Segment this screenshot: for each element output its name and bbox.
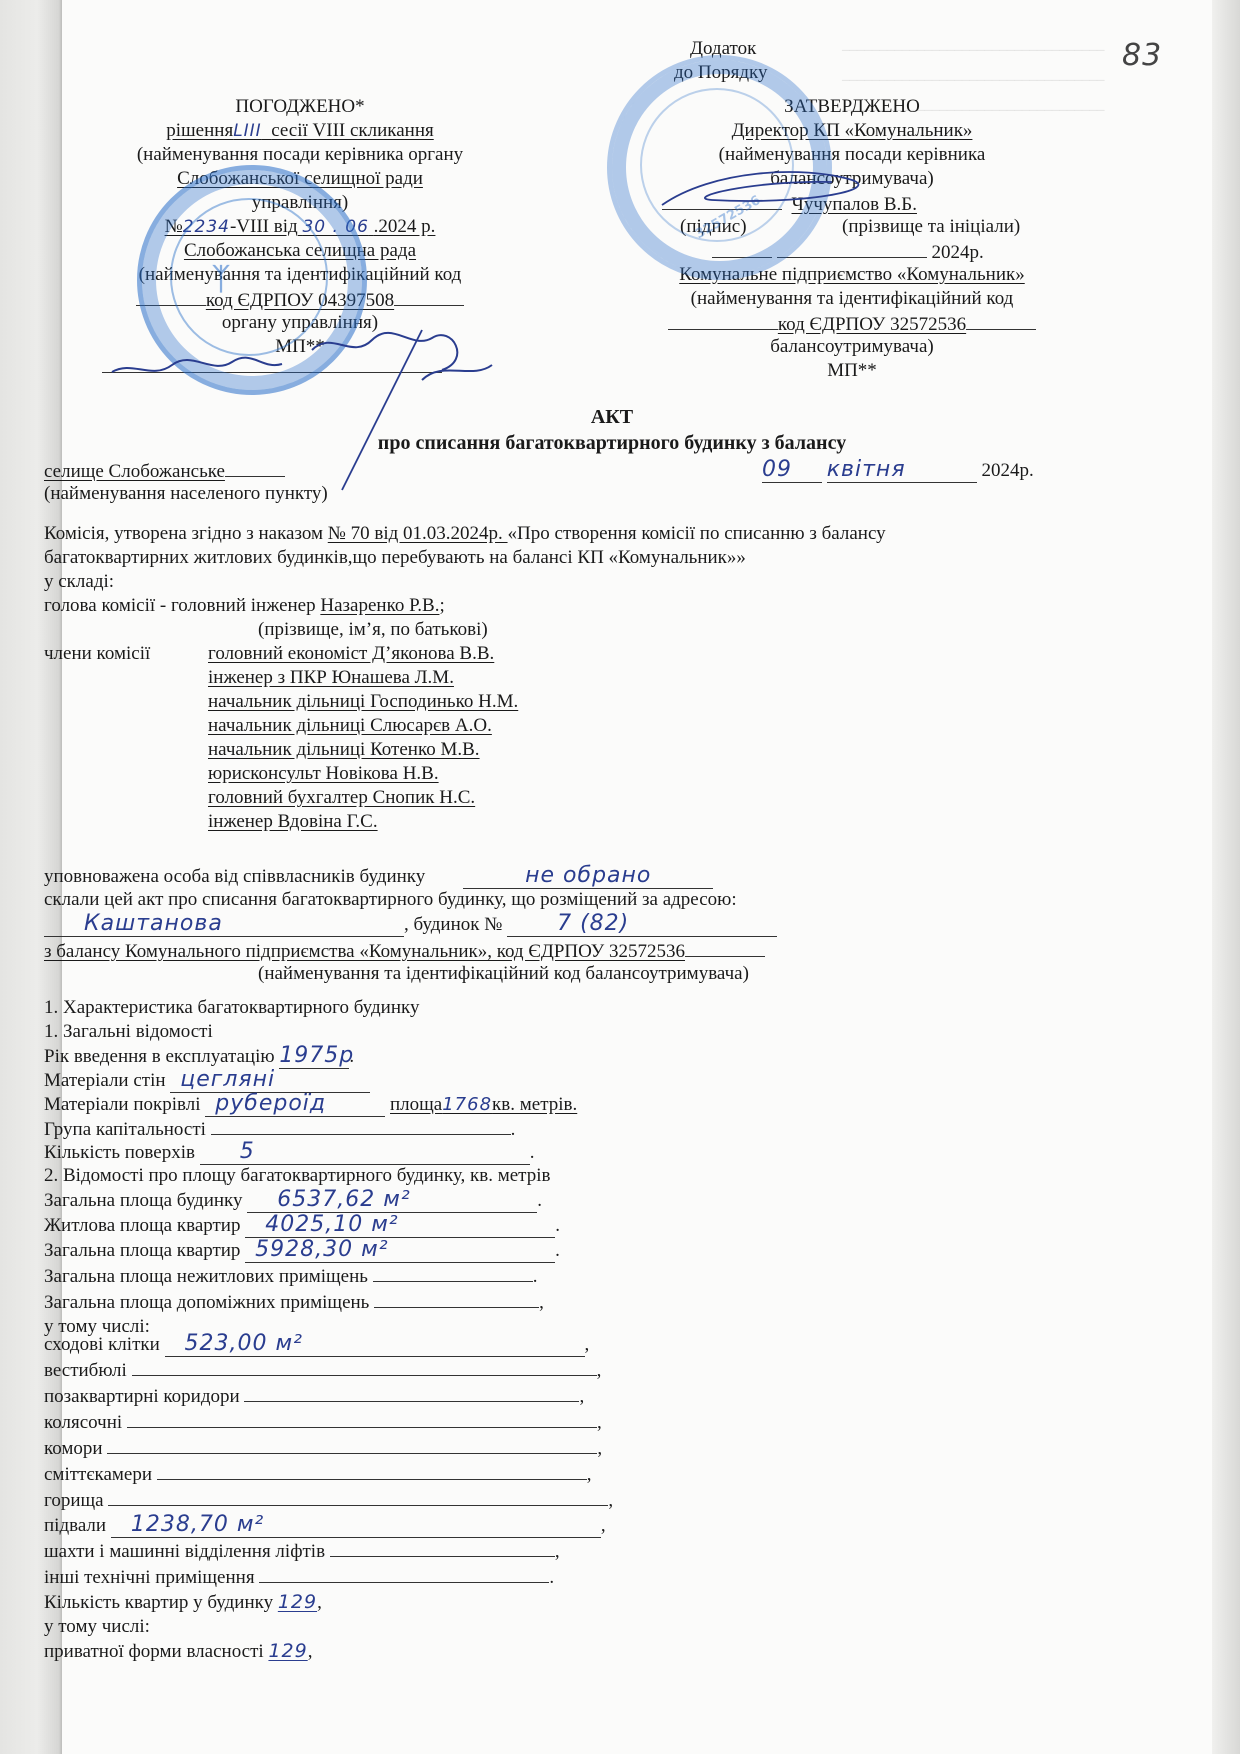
member-item: інженер з ПКР Юнашева Л.М. <box>208 666 568 690</box>
aux-storage: комори , <box>44 1435 613 1461</box>
settlement-line: селище Слобожанське <box>44 458 285 484</box>
commission-chair: голова комісії - головний інженер Назаре… <box>44 594 445 618</box>
member-item: інженер Вдовіна Г.С. <box>208 810 568 834</box>
field-commissioning-year: Рік введення в експлуатацію 1975р. <box>44 1044 354 1069</box>
caption-org-id: (найменування та ідентифікаційний код <box>622 287 1082 311</box>
aux-stairwells: сходові клітки 523,00 м², <box>44 1332 613 1357</box>
act-date-line: 09 квітня 2024р. <box>762 458 1034 483</box>
authorized-person-line: уповноважена особа від співвласників буд… <box>44 864 713 889</box>
page-number: 83 <box>1122 38 1162 73</box>
seal-label-right: МП** <box>622 359 1082 383</box>
aux-basements: підвали 1238,70 м², <box>44 1513 613 1538</box>
member-item: начальник дільниці Господинько Н.М. <box>208 690 568 714</box>
decision-session-hand: LIII <box>233 121 262 141</box>
area-auxiliary: Загальна площа допоміжних приміщень , <box>44 1289 560 1315</box>
field-wall-materials: Матеріали стін цегляні <box>44 1068 370 1093</box>
field-capital-group: Група капітальності . <box>44 1116 515 1142</box>
caption-position: (найменування посади керівника органу <box>80 143 520 167</box>
member-item: юрисконсульт Новікова Н.В. <box>208 762 568 786</box>
aux-attics: горища , <box>44 1487 613 1513</box>
member-item: головний економіст Д’яконова В.В. <box>208 642 568 666</box>
members-label: члени комісії <box>44 642 150 666</box>
area-list: Загальна площа будинку 6537,62 м². Житло… <box>44 1188 560 1339</box>
member-item: начальник дільниці Слюсарєв А.О. <box>208 714 568 738</box>
settlement-caption: (найменування населеного пункту) <box>44 482 328 506</box>
balance-line: з балансу Комунального підприємства «Ком… <box>44 938 765 964</box>
balance-caption: (найменування та ідентифікаційний код ба… <box>258 962 749 986</box>
aux-vestibules: вестибюлі , <box>44 1357 613 1383</box>
area-heading: 2. Відомості про площу багатоквартирного… <box>44 1164 550 1188</box>
member-item: головний бухгалтер Снопик Н.С. <box>208 786 568 810</box>
caption-balance-holder-2: балансоутримувача) <box>622 335 1082 359</box>
act-subtitle: про списання багатоквартирного будинку з… <box>62 431 1162 455</box>
scanned-right-margin <box>1212 0 1240 1754</box>
field-roof-materials: Матеріали покрівлі рубероїд площа1768кв.… <box>44 1092 577 1117</box>
area-total-building: Загальна площа будинку 6537,62 м². <box>44 1188 560 1213</box>
address-line: Каштанова, будинок № 7 (82) <box>44 912 777 937</box>
private-ownership-count: приватної форми власності 129, <box>44 1639 613 1664</box>
compiled-line: склали цей акт про списання багатокварти… <box>44 888 737 912</box>
commission-basis-line2: багатоквартирних житлових будинків,що пе… <box>44 546 746 570</box>
area-total-apartments: Загальна площа квартир 5928,30 м². <box>44 1238 560 1263</box>
chair-caption: (прізвище, ім’я, по батькові) <box>258 618 488 642</box>
aux-corridors: позаквартирні коридори , <box>44 1383 613 1409</box>
area-living-apartments: Житлова площа квартир 4025,10 м². <box>44 1213 560 1238</box>
field-floors: Кількість поверхів 5. <box>44 1140 534 1165</box>
aux-technical-rooms: інші технічні приміщення . <box>44 1564 613 1590</box>
aux-elevator-shafts: шахти і машинні відділення ліфтів , <box>44 1538 613 1564</box>
members-list: головний економіст Д’яконова В.В. інжене… <box>208 642 568 834</box>
aux-stroller-rooms: колясочні , <box>44 1409 613 1435</box>
aux-garbage-rooms: сміттєкамери , <box>44 1461 613 1487</box>
aux-area-list: сходові клітки 523,00 м², вестибюлі , по… <box>44 1332 613 1664</box>
document-page: ___________________________________ ____… <box>62 0 1212 1754</box>
director-signature-icon <box>652 160 952 220</box>
member-item: начальник дільниці Котенко М.В. <box>208 738 568 762</box>
apartments-count: Кількість квартир у будинку 129, <box>44 1590 613 1615</box>
characteristics-heading: 1. Характеристика багатоквартирного буди… <box>44 996 419 1020</box>
commission-basis-line1: Комісія, утворена згідно з наказом № 70 … <box>44 522 886 546</box>
composition-label: у складі: <box>44 570 114 594</box>
balance-holder-code: код ЄДРПОУ 32572536 <box>622 311 1082 337</box>
general-info-heading: 1. Загальні відомості <box>44 1020 213 1044</box>
area-non-residential: Загальна площа нежитлових приміщень . <box>44 1263 560 1289</box>
agreed-label: ПОГОДЖЕНО* <box>80 95 520 119</box>
act-title: АКТ <box>62 405 1162 429</box>
including-label-2: у тому числі: <box>44 1615 613 1639</box>
decision-line: рішенняLIII сесії VIII скликання <box>80 119 520 143</box>
